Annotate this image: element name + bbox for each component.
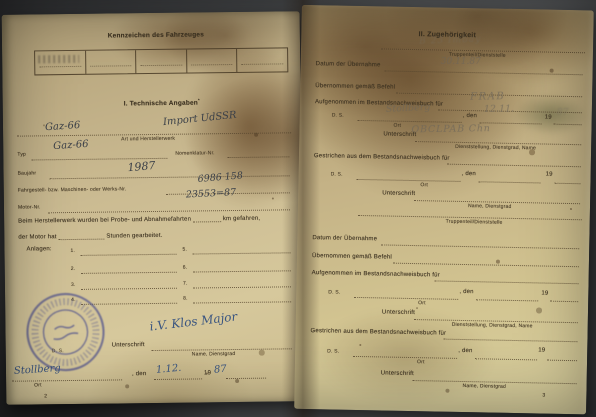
handwriting-datum-uebernahme: 30.11.87 — [441, 57, 481, 67]
dotted-line — [227, 155, 289, 158]
handwriting-datum: 12.11. — [484, 103, 514, 114]
page-number: 2 — [44, 393, 47, 399]
tech-title-footnote: * — [198, 97, 200, 102]
dotted-line — [193, 300, 291, 303]
dotted-line — [356, 178, 460, 182]
photo-of-vehicle-logbook: Kennzeichen des Fahrzeuges I. Technische… — [0, 0, 596, 417]
handwriting-unterschrift: OBCLPAB Chn — [411, 123, 490, 135]
dotted-line — [226, 377, 266, 379]
name-dienstgrad-label: Name, Dienstgrad — [192, 351, 236, 358]
dotted-line — [547, 359, 577, 362]
left-page: Kennzeichen des Fahrzeuges I. Technische… — [2, 11, 305, 405]
truppenteil-label: Truppenteil/Dienststelle — [446, 219, 503, 226]
dotted-line — [385, 69, 583, 75]
plate-cell — [35, 51, 86, 75]
plate-cell — [136, 50, 187, 74]
nomenklatur-label: Nomenklatur-Nr. — [175, 150, 214, 156]
probefahrt-suffix: km gefahren, — [223, 216, 260, 222]
plate-cell — [237, 48, 287, 72]
ds-label: D. S. — [332, 112, 344, 118]
anlagen-label: Anlagen: — [26, 246, 51, 252]
dotted-line — [554, 182, 580, 184]
anlage-number: 2. — [71, 266, 76, 272]
jahr-prefix: 19 — [541, 290, 548, 296]
aufgenommen-label: Aufgenommen im Bestandsnachweisbuch für — [312, 270, 440, 278]
anlage-number: 7. — [183, 281, 188, 287]
handwriting-fahrgestell-nr: 6986 158 — [197, 170, 243, 185]
name-dienstgrad-label: Name, Dienstgrad — [468, 203, 512, 210]
den-label: , den — [462, 171, 476, 177]
ort-label: Ort — [420, 182, 428, 188]
dotted-line — [447, 163, 581, 168]
ds-label: D. S. — [328, 289, 340, 295]
ds-label: D. S. — [327, 348, 339, 354]
handwriting-art-origin: Import UdSSR — [163, 110, 237, 128]
handwriting-typ-value: Gaz-66 — [53, 139, 89, 152]
jahr-prefix: 19 — [546, 172, 553, 178]
dotted-line — [12, 378, 122, 381]
handwriting-signature: i.V. Klos Major — [149, 309, 238, 333]
dotted-line — [435, 279, 579, 284]
dotted-line — [358, 119, 462, 123]
handwriting-jahr: 87 — [557, 108, 569, 118]
dotted-gap — [58, 233, 104, 241]
jahr-prefix: 19 — [538, 347, 545, 353]
dotted-line — [476, 298, 538, 301]
round-stamp-icon — [21, 288, 110, 377]
specks — [2, 15, 4, 17]
handwriting-truppenteil: B 23 Imbay — [419, 35, 481, 47]
gestrichen-label: Gestrichen aus dem Bestandsnachweisbuch … — [311, 328, 447, 337]
typ-label: Typ — [17, 152, 26, 158]
ort-label: Ort — [393, 123, 401, 129]
dotted-line — [50, 174, 290, 179]
dotted-line — [193, 269, 291, 272]
ort-label: Ort — [34, 382, 42, 388]
tech-section-title: I. Technische Angaben* — [37, 96, 287, 108]
ort-label: Ort — [417, 359, 425, 365]
handwriting-aufgenommen: FRAB — [470, 91, 505, 103]
probefahrt-line: Beim Herstellerwerk wurden bei Probe- un… — [18, 214, 292, 224]
page-number: 3 — [542, 393, 545, 399]
dotted-line — [443, 338, 577, 343]
dotted-line — [48, 208, 290, 213]
motorstunden-suffix: Stunden gearbeitet. — [106, 233, 162, 240]
dotted-line — [154, 377, 202, 380]
handwriting-art-value: Gaz-66 — [45, 120, 81, 133]
uebernommen-befehl-label: Übernommen gemäß Befehl — [312, 253, 392, 261]
name-dienstgrad-label: Name, Dienstgrad — [462, 383, 506, 390]
plate-cell — [187, 49, 238, 73]
motor-label: Motor-Nr. — [18, 204, 41, 210]
anlage-number: 5. — [182, 247, 187, 253]
fahrgestell-label: Fahrgestell- bzw. Maschinen- oder Werks-… — [18, 186, 127, 193]
tech-title-text: I. Technische Angaben — [124, 100, 198, 108]
unterschrift-label: Unterschrift — [382, 309, 415, 316]
dotted-line — [475, 357, 537, 360]
den-label: , den — [458, 348, 472, 354]
dotted-line — [393, 262, 579, 268]
dotted-line — [193, 251, 291, 254]
dienststellung-label: Dienststellung, Dienstgrad, Name — [452, 322, 533, 330]
unterschrift-label: Unterschrift — [381, 370, 414, 377]
gestrichen-label: Gestrichen aus dem Bestandsnachweisbuch … — [314, 153, 450, 162]
anlage-number: 1. — [70, 248, 75, 254]
probefahrt-text: Beim Herstellerwerk wurden bei Probe- un… — [18, 217, 191, 225]
anlage-number: 8. — [183, 296, 188, 302]
dotted-line — [478, 180, 540, 183]
dienststellung-label: Dienststellung, Dienstgrad, Name — [455, 144, 536, 152]
jahr-prefix: 19 — [204, 370, 211, 376]
ort-label: Ort — [418, 300, 426, 306]
den-label: , den — [459, 289, 473, 295]
handwriting-jahr: 87 — [214, 364, 228, 376]
handwriting-baujahr: 1987 — [127, 159, 156, 174]
unterschrift-label: Unterschrift — [112, 342, 145, 348]
ds-label: D. S. — [331, 171, 343, 177]
dotted-line — [354, 296, 458, 300]
anlage-number: 6. — [183, 265, 188, 271]
specks — [302, 5, 304, 7]
dotted-line — [353, 355, 457, 359]
dotted-line — [554, 123, 582, 126]
dotted-line — [81, 271, 177, 274]
unterschrift-label: Unterschrift — [382, 190, 415, 197]
datum-uebernahme-label: Datum der Übernahme — [316, 61, 381, 68]
motorstunden-line: der Motor hat Stunden gearbeitet. — [18, 230, 292, 240]
license-plate-table — [34, 47, 288, 75]
jahr-prefix: 19 — [545, 115, 552, 121]
uebernommen-befehl-label: Übernommen gemäß Befehl — [315, 83, 395, 91]
dotted-line — [193, 285, 291, 288]
handwriting-ort: Stollberg — [386, 102, 431, 115]
handwriting-datum: 1.12. — [156, 363, 182, 376]
dotted-line — [381, 243, 579, 249]
baujahr-label: Baujahr — [18, 170, 37, 176]
dotted-line — [81, 253, 177, 256]
dotted-gap — [193, 215, 221, 222]
dotted-line — [550, 300, 578, 303]
right-page: II. Zugehörigkeit B 23 Imbay Truppenteil… — [294, 5, 594, 415]
den-label: , den — [463, 113, 477, 119]
handwriting-motor-nr: 23553=87 — [186, 187, 237, 200]
motorstunden-text: der Motor hat — [18, 234, 56, 240]
kennzeichen-title: Kennzeichen des Fahrzeuges — [36, 30, 276, 40]
plate-cell-smudge — [38, 55, 79, 63]
datum-uebernahme-label: Datum der Übernahme — [312, 235, 377, 242]
art-herstellerwerk-label: Art und Herstellerwerk — [121, 136, 175, 143]
plate-cell — [86, 50, 137, 74]
ds-label: D. S. — [52, 348, 64, 354]
den-label: , den — [132, 371, 146, 377]
